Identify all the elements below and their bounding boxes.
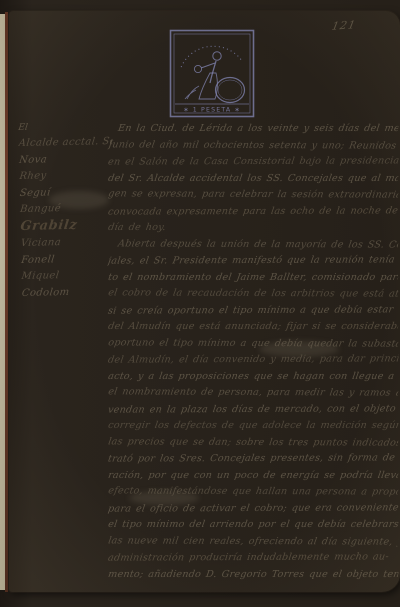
margin-attendee-name: Codolom [21,284,117,302]
figure-arm [201,63,215,68]
manuscript-line: en el Salón de la Casa Consistorial bajo… [107,153,400,171]
manuscript-line: corregir los defectos de que adolece la … [107,418,400,435]
figure-head [213,52,221,60]
minutes-body-text: En la Ciud. de Lérida a los veinte y sei… [108,121,398,583]
manuscript-line: oportuno el tipo mínimo a que debía qued… [107,335,399,353]
stamp-denomination: ∗ 1 PESETA ∗ [183,107,241,114]
manuscript-line: to el nombramiento del Jaime Ballter, co… [107,270,400,287]
margin-attendee-name: Viciana [20,234,116,252]
manuscript-line: el tipo mínimo del arriendo por el que d… [107,517,400,534]
manuscript-line: del Almudín que está anunciada; fijar si… [107,319,400,336]
scanned-manuscript-photo: 121 [0,0,400,607]
manuscript-line: del Sr. Alcalde accidental los SS. Conce… [107,171,400,188]
margin-attendee-name: Rhey [18,167,114,185]
manuscript-line: efecto, manifestándose que hallan una pe… [107,483,399,501]
manuscript-line: gen se expresan, para celebrar la sesión… [107,186,399,204]
manuscript-line: del Almudín, el día convenido y media, p… [107,351,400,369]
folio-number: 121 [331,18,358,33]
stamp-arc-inscription: ∙∙∙∙∙∙∙∙∙∙∙∙∙∙∙∙∙∙ [178,43,244,68]
manuscript-line: ración, por que con un poco de energía s… [107,468,400,485]
manuscript-line: jales, el Sr. Presidente manifestó que l… [107,252,400,270]
manuscript-line: acto, y a las proposiciones que se hagan… [107,369,400,386]
oval-plaque-inner [218,80,242,100]
margin-attendee-name: Seguí [19,184,115,202]
oval-plaque [216,78,245,103]
revenue-stamp: ∙∙∙∙∙∙∙∙∙∙∙∙∙∙∙∙∙∙ ∗ 1 PESETA ∗ [165,28,259,120]
manuscript-line: Abierta después la unión de la mayoría d… [107,236,399,254]
margin-attendee-name: Miquel [20,267,116,285]
manuscript-line: En la Ciud. de Lérida a los veinte y sei… [107,121,400,138]
laurel-wreath [194,65,201,72]
manuscript-line: convocada expresamente para las ocho de … [107,203,400,221]
manuscript-line: día de hoy. [107,220,400,237]
book-binding-edge [5,12,8,592]
manuscript-line: si se creía oportuno el tipo mínimo a qu… [107,302,400,320]
manuscript-line: el nombramiento de persona, para medir l… [107,384,399,402]
manuscript-line: las precios que se dan; sobre los tres p… [107,434,399,452]
revenue-stamp-art: ∙∙∙∙∙∙∙∙∙∙∙∙∙∙∙∙∙∙ ∗ 1 PESETA ∗ [165,28,259,120]
manuscript-line: las nueve mil cien reales, ofreciendo al… [107,533,399,551]
manuscript-line: el cobro de la recaudación de los arbitr… [107,285,399,303]
manuscript-line: administración produciría indudablemente… [107,549,400,567]
rock-seat [185,86,199,99]
manuscript-line: mento; añadiendo D. Gregorio Torres que … [107,567,400,584]
margin-attendee-list: El Alcalde acctal. Sor. Nova Rhey Seguí … [18,118,116,302]
manuscript-line: para el oficio de activar el cobro; que … [107,500,400,518]
figure-drapery [199,73,217,99]
manuscript-line: trató por los Sres. Concejales presentes… [107,450,400,468]
manuscript-page: 121 [9,11,400,592]
margin-attendee-name: Alcalde acctal. Sor. [18,134,114,152]
manuscript-line: Junio del año mil ochocientos setenta y … [107,137,399,155]
manuscript-line: vendan en la plaza los días de mercado, … [107,401,400,419]
